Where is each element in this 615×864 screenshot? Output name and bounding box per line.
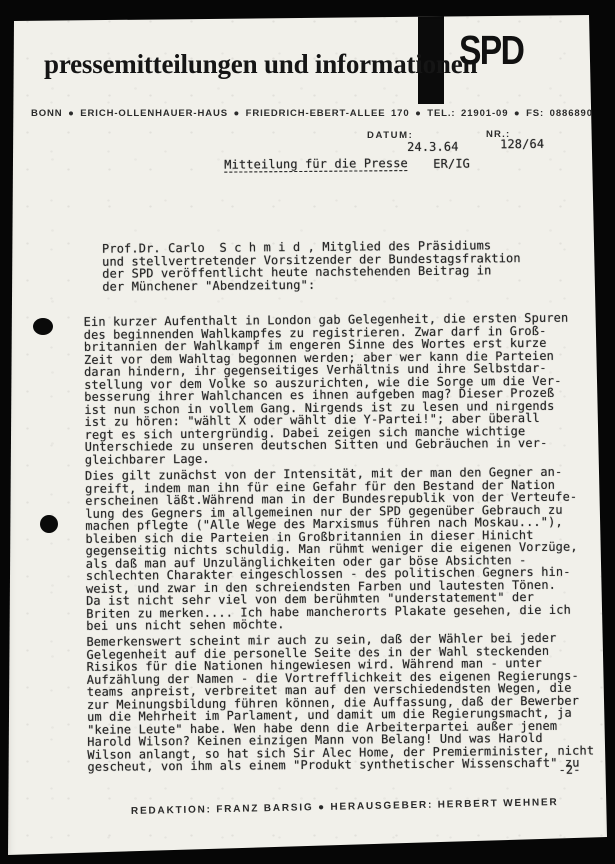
subject-line: Mitteilung für die Presse xyxy=(224,156,408,172)
press-release-page: pressemitteilungen und informationen SPD… xyxy=(0,0,615,864)
typewritten-content: 24.3.64 128/64 Mitteilung für die Presse… xyxy=(0,0,615,864)
hole-punch-mark xyxy=(33,318,53,335)
intro-paragraph: Prof.Dr. Carlo S c h m i d , Mitglied de… xyxy=(102,239,521,293)
body-paragraph-2: Dies gilt zunächst von der Intensität, m… xyxy=(85,466,578,633)
nr-value: 128/64 xyxy=(500,137,544,151)
body-paragraph-3: Bemerkenswert scheint mir auch zu sein, … xyxy=(86,631,594,773)
hole-punch-mark xyxy=(40,515,58,533)
body-paragraph-1: Ein kurzer Aufenthalt in London gab Gele… xyxy=(84,312,570,466)
datum-value: 24.3.64 xyxy=(407,140,459,154)
reference-code: ER/IG xyxy=(433,157,470,171)
scanned-page-background: pressemitteilungen und informationen SPD… xyxy=(0,0,615,864)
next-page-number: -2- xyxy=(558,763,580,777)
